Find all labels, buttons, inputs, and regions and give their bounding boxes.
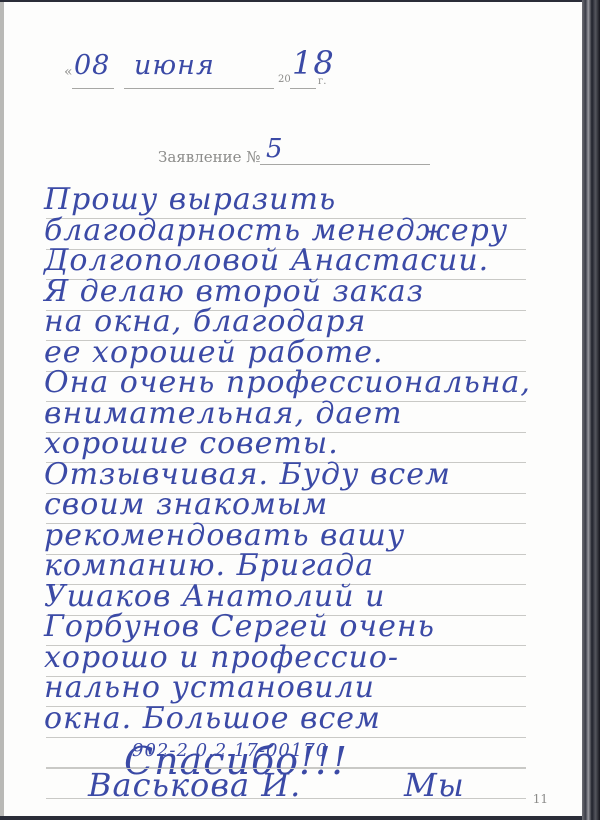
month-underline bbox=[124, 88, 274, 89]
year-prefix: 20 bbox=[278, 74, 291, 85]
date-field: « 08 июня 20 18 г. bbox=[64, 50, 364, 90]
quote-open: « bbox=[64, 64, 73, 80]
signer-name: Васькова И. bbox=[88, 766, 301, 804]
date-month: июня bbox=[134, 50, 215, 81]
year-underline bbox=[290, 88, 316, 89]
handwritten-line: окна. Большое всем bbox=[44, 701, 381, 736]
signature: Мы bbox=[404, 766, 465, 804]
date-year: 18 bbox=[292, 44, 335, 82]
statement-number: 5 bbox=[266, 134, 284, 164]
date-day: 08 bbox=[74, 50, 110, 81]
statement-label: Заявление № bbox=[158, 148, 260, 166]
ruled-line bbox=[46, 737, 526, 738]
year-mark: г. bbox=[318, 76, 326, 87]
statement-number-underline bbox=[260, 164, 430, 165]
day-underline bbox=[72, 88, 114, 89]
page-number: 11 bbox=[533, 792, 548, 806]
contract-number: 902-2.0.2.17-00170 bbox=[132, 740, 328, 761]
book-edge bbox=[582, 0, 600, 820]
statement-page: « 08 июня 20 18 г. Заявление № 5 Прошу в… bbox=[0, 2, 582, 816]
